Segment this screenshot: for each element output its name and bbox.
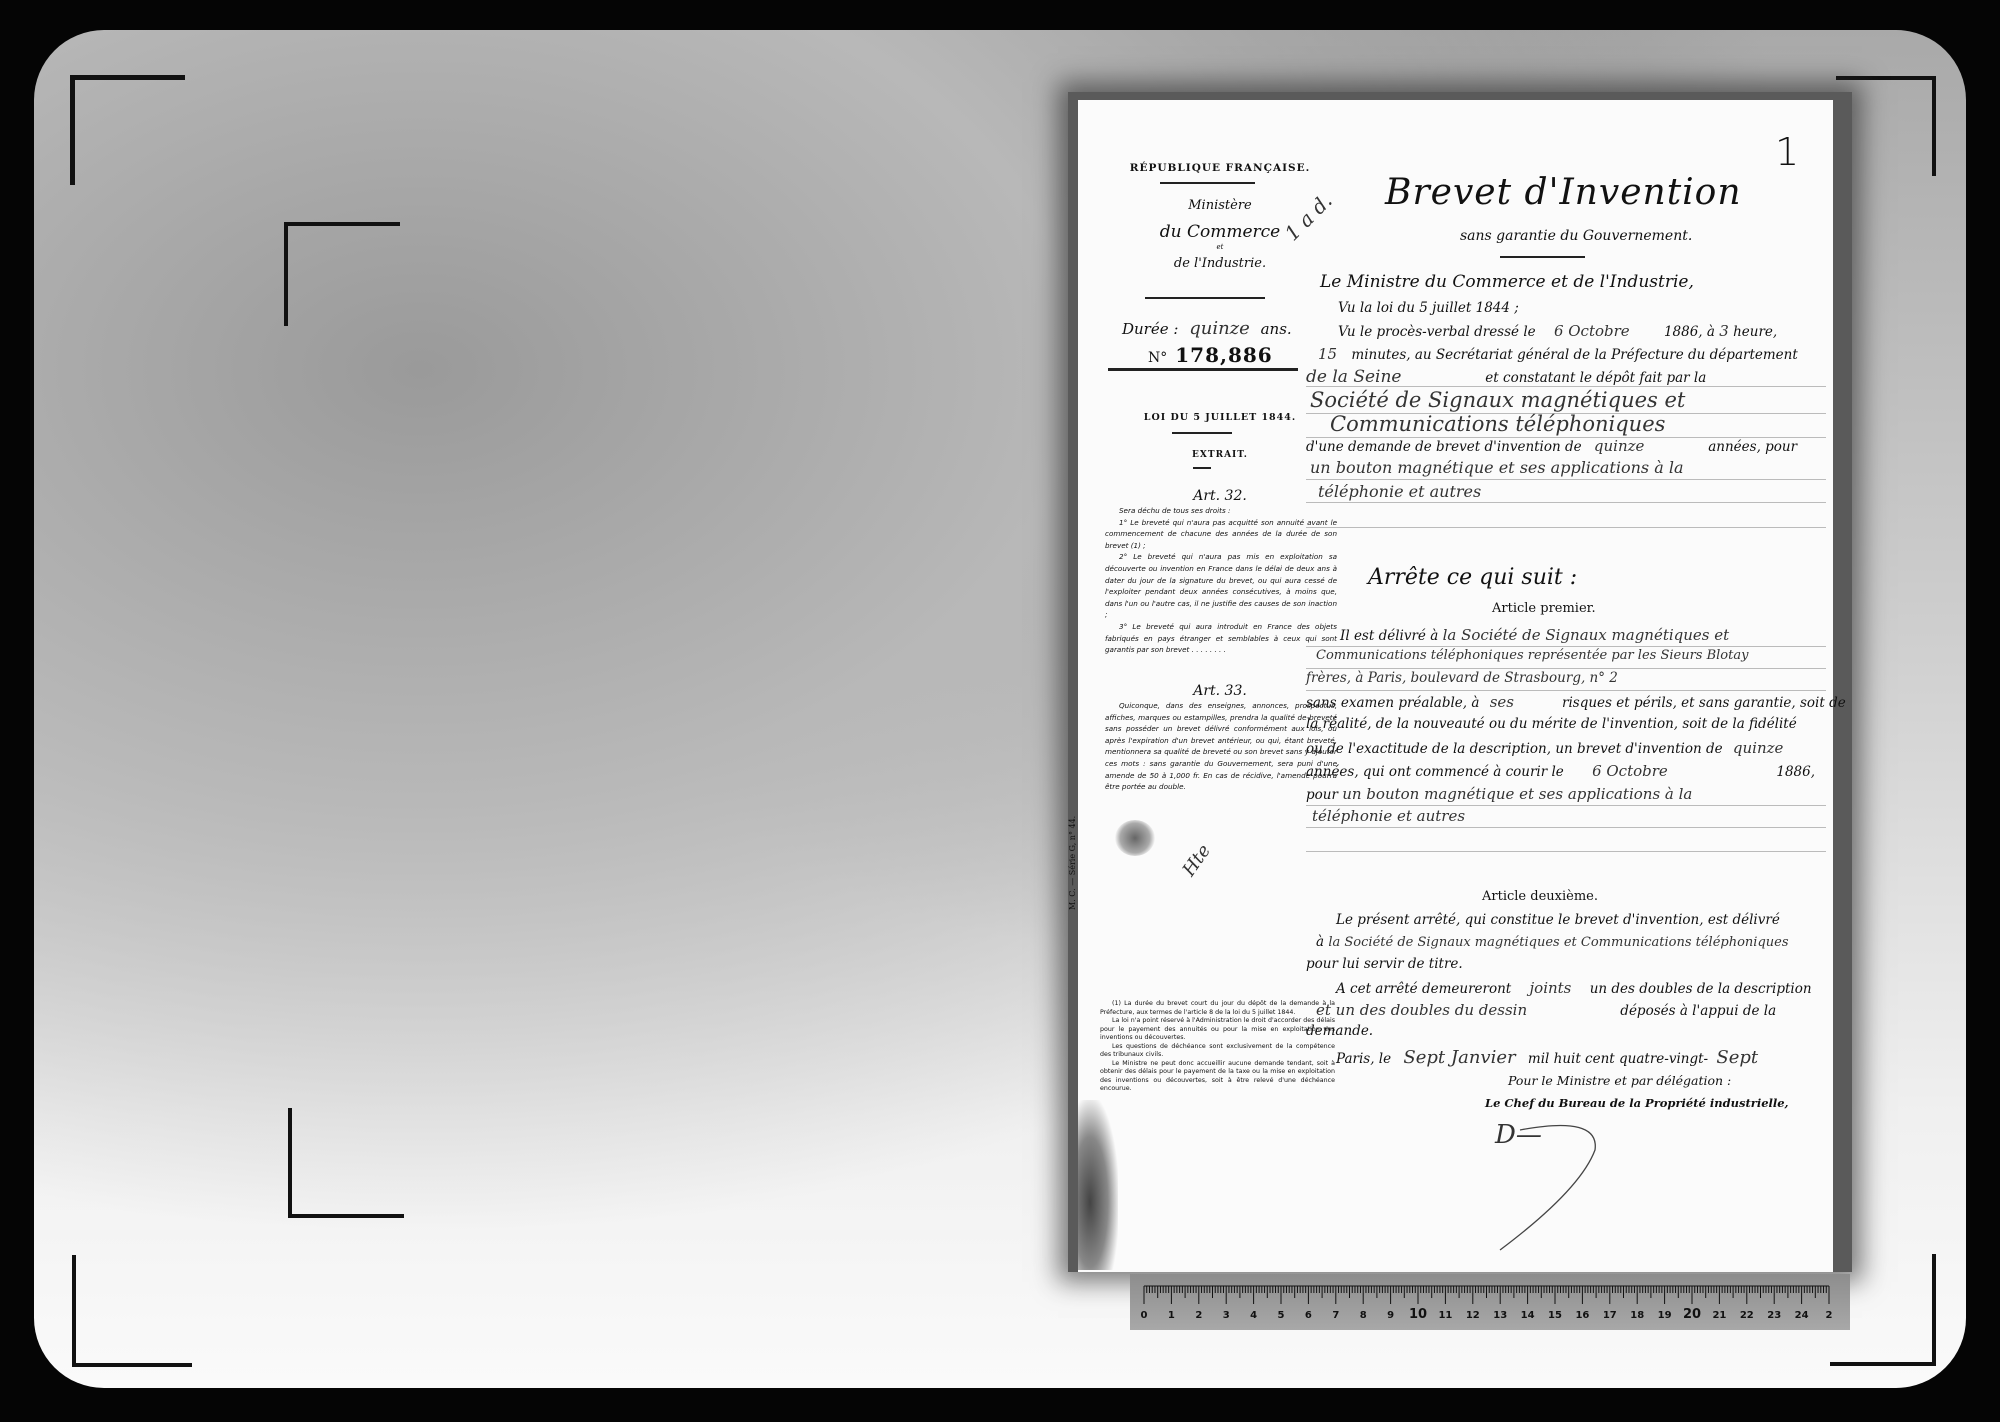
ruled-line [1306,646,1826,647]
art2-text-line: et un des doubles du dessin déposés à l'… [1316,1001,1776,1019]
art1-prefix: Il est délivré à [1340,628,1438,644]
art1-text: pour [1306,787,1338,803]
vu-loi: Vu la loi du 5 juillet 1844 ; [1338,300,1519,316]
objet: un bouton magnétique et ses applications… [1310,458,1683,477]
pv-minutes-line: 15 minutes, au Secrétariat général de la… [1318,345,1798,363]
art2-joint: joints [1530,979,1572,997]
ruled-line [1306,527,1826,528]
corner-mark [70,75,185,185]
measurement-ruler: 0123456789101112131415161718192021222324… [1130,1274,1850,1330]
demande-line: d'une demande de brevet d'invention de q… [1306,437,1797,455]
art1-text-line: années, qui ont commencé à courir le 6 O… [1306,762,1815,780]
pv-rest: minutes, au Secrétariat général de la Pr… [1351,347,1797,363]
svg-text:18: 18 [1630,1310,1644,1321]
art2-text: demande. [1306,1023,1373,1039]
signature-stroke [1490,1110,1620,1260]
ruler-scale: 0123456789101112131415161718192021222324… [1130,1274,1850,1330]
svg-text:22: 22 [1740,1310,1754,1321]
demande-prefix: d'une demande de brevet d'invention de [1306,439,1582,455]
art1-objet: téléphonie et autres [1312,807,1465,825]
art2-text: un des doubles de la description [1590,981,1812,997]
art1-text: sans examen préalable, à [1306,695,1479,711]
ruled-line [1306,386,1826,387]
svg-text:14: 14 [1521,1310,1535,1321]
art32-text: Sera déchu de tous ses droits : 1° Le br… [1105,505,1337,656]
svg-text:8: 8 [1360,1310,1367,1321]
chef-title: Le Chef du Bureau de la Propriété indust… [1485,1096,1789,1110]
constatant: et constatant le dépôt fait par la [1485,370,1706,386]
svg-text:11: 11 [1438,1310,1452,1321]
svg-text:1: 1 [1168,1310,1175,1321]
ministere-et: et [1100,243,1340,251]
footnote-paragraph: Les questions de déchéance sont exclusiv… [1100,1043,1335,1060]
svg-text:17: 17 [1603,1310,1617,1321]
corner-mark [288,1108,404,1218]
ruled-line [1306,805,1826,806]
departement-line: de la Seine et constatant le dépôt fait … [1306,367,1826,387]
art32-paragraph: 2° Le breveté qui n'aura pas mis en expl… [1105,551,1337,621]
art32-title: Art. 32. [1100,488,1340,504]
art1-ses: ses [1490,693,1558,711]
art1-text: la réalité, de la nouveauté ou du mérite… [1306,716,1797,732]
numero-label: N° [1148,350,1167,366]
depositaire: Communications téléphoniques [1330,412,1665,436]
art1-text-line: pour un bouton magnétique et ses applica… [1306,785,1692,803]
footnote-paragraph: (1) La durée du brevet court du jour du … [1100,1000,1335,1017]
divider [1160,182,1255,184]
art1-duree: quinze [1733,739,1784,757]
ministre-heading: Le Ministre du Commerce et de l'Industri… [1320,272,1694,292]
ruled-line [1306,690,1826,691]
svg-text:9: 9 [1387,1310,1394,1321]
svg-text:24: 24 [1795,1310,1809,1321]
duree-label: Durée : [1122,320,1178,338]
art1-line: Il est délivré à la Société de Signaux m… [1340,626,1729,644]
objet: téléphonie et autres [1318,482,1481,501]
divider [1172,432,1232,434]
art32-paragraph: Sera déchu de tous ses droits : [1105,505,1337,517]
extrait-label: EXTRAIT. [1100,450,1340,460]
footnote: (1) La durée du brevet court du jour du … [1100,1000,1335,1094]
art33-text: Quiconque, dans des enseignes, annonces,… [1105,700,1337,793]
paris-date-line: Paris, le Sept Janvier mil huit cent qua… [1336,1047,1758,1068]
art2-text: déposés à l'appui de la [1620,1003,1776,1019]
loi-title: LOI DU 5 JUILLET 1844. [1100,412,1340,423]
vu-pv-line: Vu le procès-verbal dressé le 6 Octobre … [1338,322,1777,340]
art2-text: pour lui servir de titre. [1306,956,1463,972]
duree-field: Durée : quinze ans. [1122,318,1292,339]
demande-suffix: années, pour [1708,439,1797,455]
departement: de la Seine [1306,367,1481,387]
arrete-heading: Arrête ce qui suit : [1368,565,1577,590]
svg-text:3: 3 [1223,1310,1230,1321]
svg-text:5: 5 [1278,1310,1285,1321]
art1-text-line: sans examen préalable, à ses risques et … [1306,693,1846,711]
paris-prefix: Paris, le [1336,1051,1391,1067]
article-2-title: Article deuxième. [1482,889,1598,904]
svg-text:20: 20 [1683,1307,1701,1322]
art1-objet: un bouton magnétique et ses applications… [1342,785,1692,803]
svg-text:23: 23 [1767,1310,1781,1321]
divider [1108,368,1298,371]
svg-text:2: 2 [1195,1310,1202,1321]
art33-title: Art. 33. [1100,683,1340,699]
art1-text-line: ou de l'exactitude de la description, un… [1306,739,1783,757]
corner-mark [284,222,400,326]
art32-paragraph: 1° Le breveté qui n'aura pas acquitté so… [1105,517,1337,552]
depositaire: Société de Signaux magnétiques et [1310,388,1685,412]
page-stain [1078,1100,1118,1270]
svg-text:7: 7 [1332,1310,1339,1321]
ruled-line [1306,827,1826,828]
article-1-title: Article premier. [1492,601,1596,616]
divider [1193,467,1211,469]
svg-text:0: 0 [1141,1310,1148,1321]
pv-minutes: 15 [1318,345,1337,363]
corner-mark [72,1255,192,1367]
ink-smudge [1115,820,1155,856]
art2-prefix: à [1316,934,1324,950]
art1-hand: Communications téléphoniques représentée… [1316,648,1748,663]
art1-hand: la Société de Signaux magnétiques et [1443,626,1730,644]
art2-hand: et un des doubles du dessin [1316,1001,1616,1019]
art2-text: A cet arrêté demeureront [1336,981,1511,997]
svg-text:15: 15 [1548,1310,1562,1321]
art2-hand: la Société de Signaux magnétiques et Com… [1328,935,1788,950]
document-title: Brevet d'Invention [1385,172,1742,213]
ruled-line [1306,851,1826,852]
ruled-line [1306,479,1826,480]
delegation: Pour le Ministre et par délégation : [1508,1073,1731,1088]
art1-text: risques et périls, et sans garantie, soi… [1562,695,1846,711]
duree-value: quinze [1189,318,1250,339]
document-subtitle: sans garantie du Gouvernement. [1460,228,1692,244]
vu-pv-prefix: Vu le procès-verbal dressé le [1338,324,1536,340]
footnote-paragraph: La loi n'a point réservé à l'Administrat… [1100,1017,1335,1043]
svg-text:4: 4 [1250,1310,1257,1321]
paris-year: Sept [1716,1047,1758,1068]
svg-text:2: 2 [1826,1310,1833,1321]
pv-heure: heure, [1733,324,1777,340]
svg-text:19: 19 [1658,1310,1672,1321]
art2-text-line: A cet arrêté demeureront joints un des d… [1336,979,1812,997]
divider [1145,297,1265,299]
art2-text: Le présent arrêté, qui constitue le brev… [1336,912,1780,928]
paris-mid: mil huit cent quatre-vingt- [1528,1051,1708,1067]
pv-date: 6 Octobre [1554,322,1630,340]
art1-date: 6 Octobre [1592,762,1732,780]
ruled-line [1306,502,1826,503]
demande-duree: quinze [1594,437,1704,455]
svg-text:10: 10 [1409,1307,1427,1322]
art1-text: années, qui ont commencé à courir le [1306,764,1564,780]
serie-reference: M. C. — Série G, n° 44. [1068,816,1077,910]
art1-year: 1886, [1776,764,1815,780]
svg-text:6: 6 [1305,1310,1312,1321]
svg-text:16: 16 [1575,1310,1589,1321]
footnote-paragraph: Le Ministre ne peut donc accueillir aucu… [1100,1060,1335,1094]
svg-text:12: 12 [1466,1310,1480,1321]
republique-heading: RÉPUBLIQUE FRANÇAISE. [1100,162,1340,174]
svg-text:21: 21 [1712,1310,1726,1321]
divider [1500,256,1585,258]
paris-date: Sept Janvier [1403,1047,1515,1068]
page-number: 1 [1775,130,1799,174]
patent-number: N°178,886 [1148,343,1273,367]
ministere-line: de l'Industrie. [1100,256,1340,271]
art1-text: ou de l'exactitude de la description, un… [1306,741,1723,757]
duree-unit: ans. [1261,320,1292,338]
svg-text:13: 13 [1493,1310,1507,1321]
art33-paragraph: Quiconque, dans des enseignes, annonces,… [1105,700,1337,793]
ruled-line [1306,668,1826,669]
art1-hand: frères, à Paris, boulevard de Strasbourg… [1306,670,1618,686]
numero-value: 178,886 [1175,343,1272,367]
pv-year: 1886, à [1664,324,1715,340]
pv-hour: 3 [1719,322,1729,340]
art32-paragraph: 3° Le breveté qui aura introduit en Fran… [1105,621,1337,656]
art2-hand-line: à la Société de Signaux magnétiques et C… [1316,934,1789,950]
